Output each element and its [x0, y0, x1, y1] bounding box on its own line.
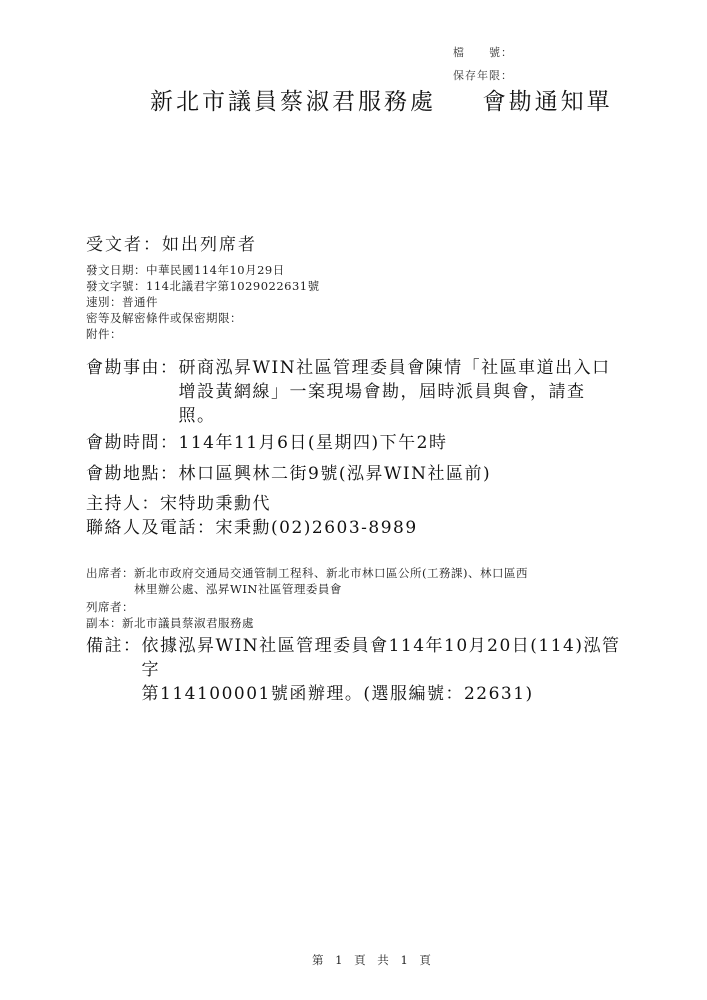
contact-value: 宋秉勳(02)2603-8989 [216, 518, 418, 538]
issue-date-label: 發文日期： [86, 263, 146, 277]
recipient-value: 如出列席者 [162, 235, 257, 255]
issue-ref-label: 發文字號： [86, 279, 146, 293]
observers-line: 列席者： [86, 599, 134, 615]
subject-line-3: 照。 [179, 404, 611, 428]
secrecy-label: 密等及解密條件或保密期限： [86, 311, 242, 325]
attendees: 出席者： 新北市政府交通局交通管制工程科、新北市林口區公所(工務課)、林口區西 … [86, 565, 646, 597]
place-label: 會勘地點： [86, 464, 179, 484]
place-value: 林口區興林二街9號(泓昇WIN社區前) [179, 464, 492, 484]
speed-label: 速別： [86, 295, 122, 309]
inspection-time: 會勘時間：114年11月6日(星期四)下午2時 [86, 431, 447, 455]
time-value: 114年11月6日(星期四)下午2時 [179, 433, 448, 453]
title-document-type: 會勘通知單 [483, 89, 613, 115]
host-value: 宋特助秉勳代 [160, 494, 271, 514]
remarks-label: 備註： [86, 634, 142, 706]
issue-ref-value: 114北議君字第1029022631號 [146, 279, 320, 293]
attendees-label: 出席者： [86, 565, 134, 597]
attendees-line-1: 新北市政府交通局交通管制工程科、新北市林口區公所(工務課)、林口區西 [134, 565, 528, 581]
remarks-line-2: 第114100001號函辦理。(選服編號：22631) [142, 682, 627, 706]
issue-date-value: 中華民國114年10月29日 [146, 263, 285, 277]
inspection-subject: 會勘事由： 研商泓昇WIN社區管理委員會陳情「社區車道出入口 增設黃網線」一案現… [86, 356, 626, 428]
page-title: 新北市議員蔡淑君服務處 會勘通知單 [150, 83, 613, 116]
remarks-text: 依據泓昇WIN社區管理委員會114年10月20日(114)泓管字 第114100… [142, 634, 627, 706]
host-label: 主持人： [86, 494, 160, 514]
secrecy-line: 密等及解密條件或保密期限： [86, 310, 320, 326]
issue-info: 發文日期：中華民國114年10月29日 發文字號：114北議君字第1029022… [86, 262, 320, 342]
inspection-contact: 聯絡人及電話：宋秉勳(02)2603-8989 [86, 516, 418, 540]
attendees-list: 新北市政府交通局交通管制工程科、新北市林口區公所(工務課)、林口區西 林里辦公處… [134, 565, 528, 597]
title-organization: 新北市議員蔡淑君服務處 [150, 89, 436, 115]
copy-line: 副本：新北市議員蔡淑君服務處 [86, 615, 254, 631]
page-number: 第 1 頁 共 1 頁 [312, 952, 435, 968]
issue-date-line: 發文日期：中華民國114年10月29日 [86, 262, 320, 278]
copy-value: 新北市議員蔡淑君服務處 [122, 616, 254, 630]
file-number-label: 檔 號： [453, 44, 513, 60]
speed-value: 普通件 [122, 295, 158, 309]
observers-label: 列席者： [86, 600, 134, 614]
subject-line-2: 增設黃網線」一案現場會勘，屆時派員與會，請查 [179, 380, 611, 404]
time-label: 會勘時間： [86, 433, 179, 453]
attendees-line-2: 林里辦公處、泓昇WIN社區管理委員會 [134, 581, 528, 597]
inspection-place: 會勘地點：林口區興林二街9號(泓昇WIN社區前) [86, 462, 491, 486]
attachment-label: 附件： [86, 327, 122, 341]
recipient-label: 受文者： [86, 235, 162, 255]
subject-label: 會勘事由： [86, 356, 179, 428]
retention-period-label: 保存年限： [453, 67, 513, 83]
attachment-line: 附件： [86, 326, 320, 342]
inspection-host: 主持人：宋特助秉勳代 [86, 492, 271, 516]
recipient-line: 受文者：如出列席者 [86, 230, 257, 255]
subject-line-1: 研商泓昇WIN社區管理委員會陳情「社區車道出入口 [179, 356, 611, 380]
contact-label: 聯絡人及電話： [86, 518, 216, 538]
speed-line: 速別：普通件 [86, 294, 320, 310]
subject-text: 研商泓昇WIN社區管理委員會陳情「社區車道出入口 增設黃網線」一案現場會勘，屆時… [179, 356, 611, 428]
issue-ref-line: 發文字號：114北議君字第1029022631號 [86, 278, 320, 294]
remarks-line-1: 依據泓昇WIN社區管理委員會114年10月20日(114)泓管字 [142, 634, 627, 682]
remarks: 備註： 依據泓昇WIN社區管理委員會114年10月20日(114)泓管字 第11… [86, 634, 626, 706]
copy-label: 副本： [86, 616, 122, 630]
